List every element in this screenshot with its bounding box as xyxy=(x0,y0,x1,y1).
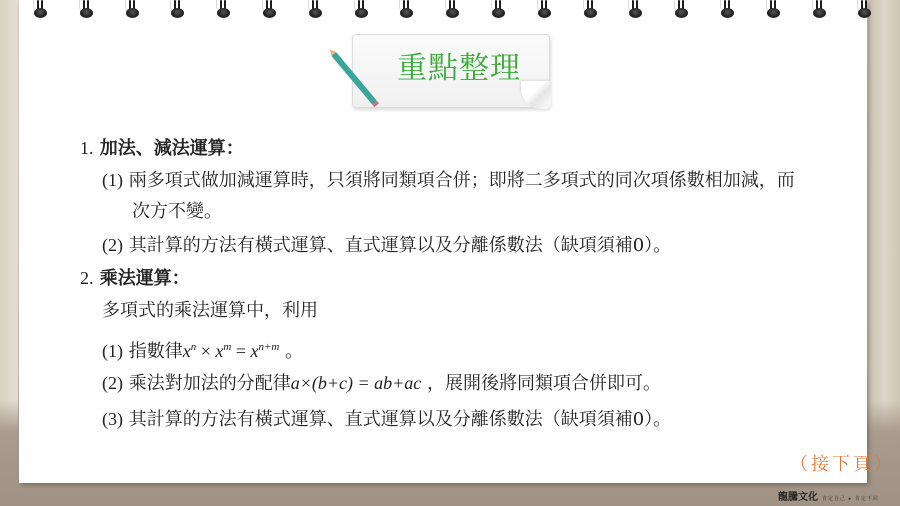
section-2-item-2: (2) 乘法對加法的分配律a×(b+c) = ab+ac ，展開後將同類項合併即… xyxy=(102,371,661,396)
item-text: 指數律 xyxy=(129,341,183,362)
publisher-name: 龍騰文化 xyxy=(778,492,818,503)
item-label: (1) xyxy=(102,341,123,361)
section-1-item-1: (1) 兩多項式做加減運算時，只須將同類項合併；即將二多項式的同次項係數相加減，… xyxy=(102,168,795,193)
content-area: 1. 加法、減法運算： (1) 兩多項式做加減運算時，只須將同類項合併；即將二多… xyxy=(0,0,900,506)
publisher-slogan: 肯定自己 ▸ 肯定不同 xyxy=(822,496,879,502)
item-label: (2) xyxy=(102,373,123,393)
item-text: 其計算的方法有橫式運算、直式運算以及分離係數法（缺項須補0）。 xyxy=(129,409,671,430)
item-suffix: 。 xyxy=(285,341,303,362)
item-text: 其計算的方法有橫式運算、直式運算以及分離係數法（缺項須補0）。 xyxy=(129,235,671,256)
intro-text: 多項式的乘法運算中，利用 xyxy=(102,300,318,321)
item-label: (3) xyxy=(102,409,123,429)
section-1-item-2: (2) 其計算的方法有橫式運算、直式運算以及分離係數法（缺項須補0）。 xyxy=(102,233,671,258)
section-2-item-1: (1) 指數律xn × xm = xn+m 。 xyxy=(102,335,303,364)
section-1-heading: 1. 加法、減法運算： xyxy=(80,136,244,161)
section-number: 2. xyxy=(80,268,94,288)
section-1-item-1-continued: 次方不變。 xyxy=(132,200,222,224)
item-text: 兩多項式做加減運算時，只須將同類項合併；即將二多項式的同次項係數相加減，而 xyxy=(129,170,795,191)
item-text: 次方不變。 xyxy=(132,201,222,222)
distributive-law-formula: a×(b+c) = ab+ac xyxy=(291,373,422,393)
section-2-item-3: (3) 其計算的方法有橫式運算、直式運算以及分離係數法（缺項須補0）。 xyxy=(102,407,671,432)
section-heading-text: 加法、減法運算： xyxy=(100,138,244,159)
item-suffix: ，展開後將同類項合併即可。 xyxy=(427,373,661,394)
section-2-intro: 多項式的乘法運算中，利用 xyxy=(102,299,318,323)
section-2-heading: 2. 乘法運算： xyxy=(80,266,190,291)
section-number: 1. xyxy=(80,138,94,158)
item-label: (2) xyxy=(102,235,123,255)
continued-next-page-link[interactable]: （接下頁） xyxy=(790,450,895,476)
exponent-law-formula: xn × xm = xn+m xyxy=(183,341,280,361)
section-heading-text: 乘法運算： xyxy=(100,268,190,289)
item-text: 乘法對加法的分配律 xyxy=(129,373,291,394)
item-label: (1) xyxy=(102,170,123,190)
publisher-footer: 龍騰文化肯定自己 ▸ 肯定不同 xyxy=(778,488,879,503)
